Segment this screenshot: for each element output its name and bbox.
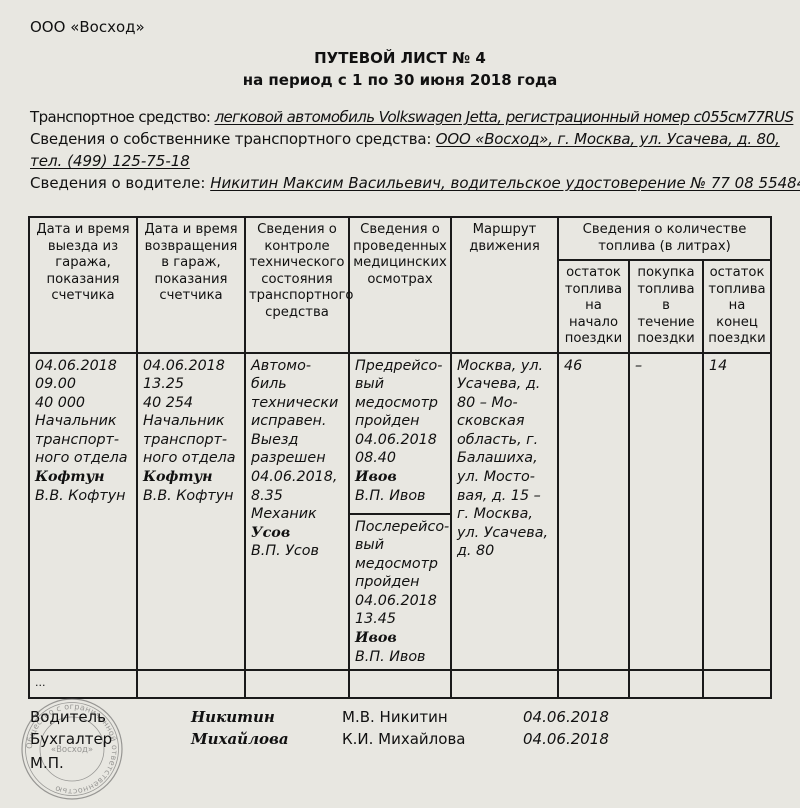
signature: Ивов [355, 629, 445, 648]
driver-value: Никитин Максим Васильевич, водительское … [210, 174, 800, 192]
vehicle-value: легковой автомобиль Volkswagen Jetta, ре… [215, 108, 794, 126]
header-medical: Сведения о проведенных медицинских осмот… [349, 217, 451, 353]
vehicle-info: Транспортное средство: легковой автомоби… [30, 108, 793, 126]
driver-role: Водитель [30, 708, 106, 726]
cell-return: 04.06.2018 13.25 40 254 Начальник трансп… [137, 353, 245, 671]
post-trip-exam: Послерейсо-вый медосмотр пройден 04.06.2… [350, 515, 450, 670]
header-return: Дата и время возвращения в гараж, показа… [137, 217, 245, 353]
continuation-marker: ... [29, 670, 137, 698]
owner-info: Сведения о собственнике транспортного ср… [30, 130, 780, 148]
driver-signature: Никитин [191, 708, 275, 726]
table-row: 04.06.2018 09.00 40 000 Начальник трансп… [29, 353, 771, 671]
subheader-fuel-purchase: покупка топлива в течение поездки [629, 260, 703, 353]
organization-name: ООО «Восход» [30, 18, 145, 36]
document-title: ПУТЕВОЙ ЛИСТ № 4 [0, 49, 800, 67]
signature: Кофтун [35, 468, 131, 487]
driver-name: М.В. Никитин [342, 708, 448, 726]
table-row-continuation: ... [29, 670, 771, 698]
driver-date: 04.06.2018 [523, 708, 609, 726]
header-route: Маршрут движения [451, 217, 558, 353]
cell-tech-control: Автомо-биль технически исправен. Выезд р… [245, 353, 349, 671]
document-period: на период с 1 по 30 июня 2018 года [0, 71, 800, 89]
cell-departure: 04.06.2018 09.00 40 000 Начальник трансп… [29, 353, 137, 671]
owner-info-cont: тел. (499) 125-75-18 [30, 152, 190, 170]
header-tech-control: Сведения о контроле технического состоян… [245, 217, 349, 353]
cell-fuel-end: 14 [703, 353, 771, 671]
driver-info: Сведения о водителе: Никитин Максим Васи… [30, 174, 800, 192]
signature: Усов [251, 524, 343, 543]
header-departure: Дата и время выезда из гаража, показания… [29, 217, 137, 353]
subheader-fuel-end: остаток топлива на конец поездки [703, 260, 771, 353]
driver-label: Сведения о водителе: [30, 174, 210, 192]
accountant-role: Бухгалтер [30, 730, 112, 748]
signature: Кофтун [143, 468, 239, 487]
cell-fuel-start: 46 [558, 353, 629, 671]
header-row: Дата и время выезда из гаража, показания… [29, 217, 771, 260]
subheader-fuel-start: остаток топлива на начало поездки [558, 260, 629, 353]
header-fuel: Сведения о количестве топлива (в литрах) [558, 217, 771, 260]
owner-value: ООО «Восход», г. Москва, ул. Усачева, д.… [436, 130, 780, 148]
accountant-name: К.И. Михайлова [342, 730, 465, 748]
signature: Ивов [355, 468, 445, 487]
accountant-date: 04.06.2018 [523, 730, 609, 748]
accountant-signature: Михайлова [191, 730, 289, 748]
cell-fuel-purchased: – [629, 353, 703, 671]
cell-medical: Предрейсо-вый медосмотр пройден 04.06.20… [349, 353, 451, 671]
owner-label: Сведения о собственнике транспортного ср… [30, 130, 436, 148]
seal-label: М.П. [30, 754, 64, 772]
vehicle-label: Транспортное средство: [30, 108, 215, 126]
owner-phone: тел. (499) 125-75-18 [30, 152, 190, 170]
cell-route: Москва, ул. Усачева, д. 80 – Мо-сковская… [451, 353, 558, 671]
waybill-table: Дата и время выезда из гаража, показания… [28, 216, 772, 699]
pre-trip-exam: Предрейсо-вый медосмотр пройден 04.06.20… [350, 354, 450, 515]
